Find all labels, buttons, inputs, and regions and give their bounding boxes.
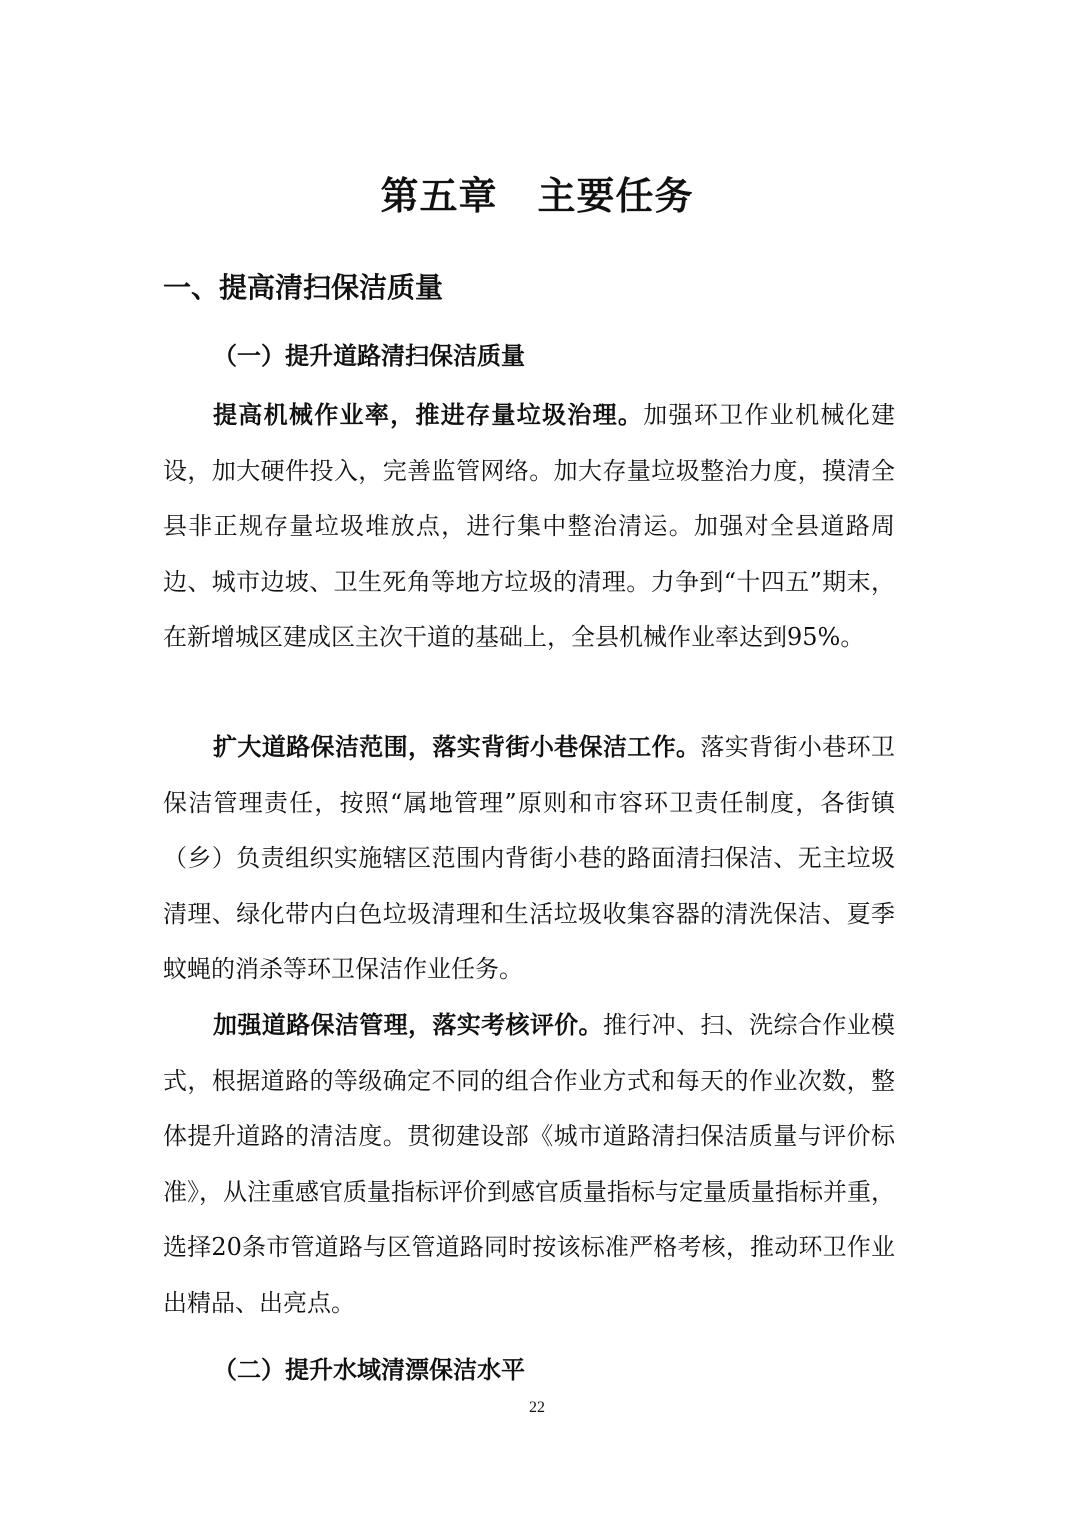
paragraph-1: 提高机械作业率，推进存量垃圾治理。加强环卫作业机械化建设，加大硬件投入，完善监管… (163, 388, 895, 666)
paragraph-body: 加强环卫作业机械化建设，加大硬件投入，完善监管网络。加大存量垃圾整治力度，摸清全… (163, 401, 895, 651)
paragraph-lead: 扩大道路保洁范围，落实背街小巷保洁工作。 (213, 733, 700, 761)
subsection-heading-1: （一）提升道路清扫保洁质量 (213, 336, 525, 376)
paragraph-lead: 提高机械作业率，推进存量垃圾治理。 (213, 401, 643, 429)
chapter-name: 主要任务 (538, 174, 694, 218)
page-number: 22 (0, 1398, 1074, 1418)
paragraph-body: 落实背街小巷环卫保洁管理责任，按照“属地管理”原则和市容环卫责任制度，各街镇（乡… (163, 733, 895, 983)
document-page: 第五章主要任务 一、提高清扫保洁质量 （一）提升道路清扫保洁质量 提高机械作业率… (0, 0, 1074, 1520)
chapter-number: 第五章 (380, 174, 497, 218)
chapter-title: 第五章主要任务 (0, 168, 1074, 224)
paragraph-3: 加强道路保洁管理，落实考核评价。推行冲、扫、洗综合作业模式，根据道路的等级确定不… (163, 998, 895, 1331)
paragraph-2: 扩大道路保洁范围，落实背街小巷保洁工作。落实背街小巷环卫保洁管理责任，按照“属地… (163, 720, 895, 998)
section-heading: 一、提高清扫保洁质量 (163, 266, 443, 310)
paragraph-body: 推行冲、扫、洗综合作业模式，根据道路的等级确定不同的组合作业方式和每天的作业次数… (163, 1011, 895, 1317)
paragraph-lead: 加强道路保洁管理，落实考核评价。 (213, 1011, 603, 1039)
subsection-heading-2: （二）提升水域清漂保洁水平 (213, 1350, 525, 1390)
